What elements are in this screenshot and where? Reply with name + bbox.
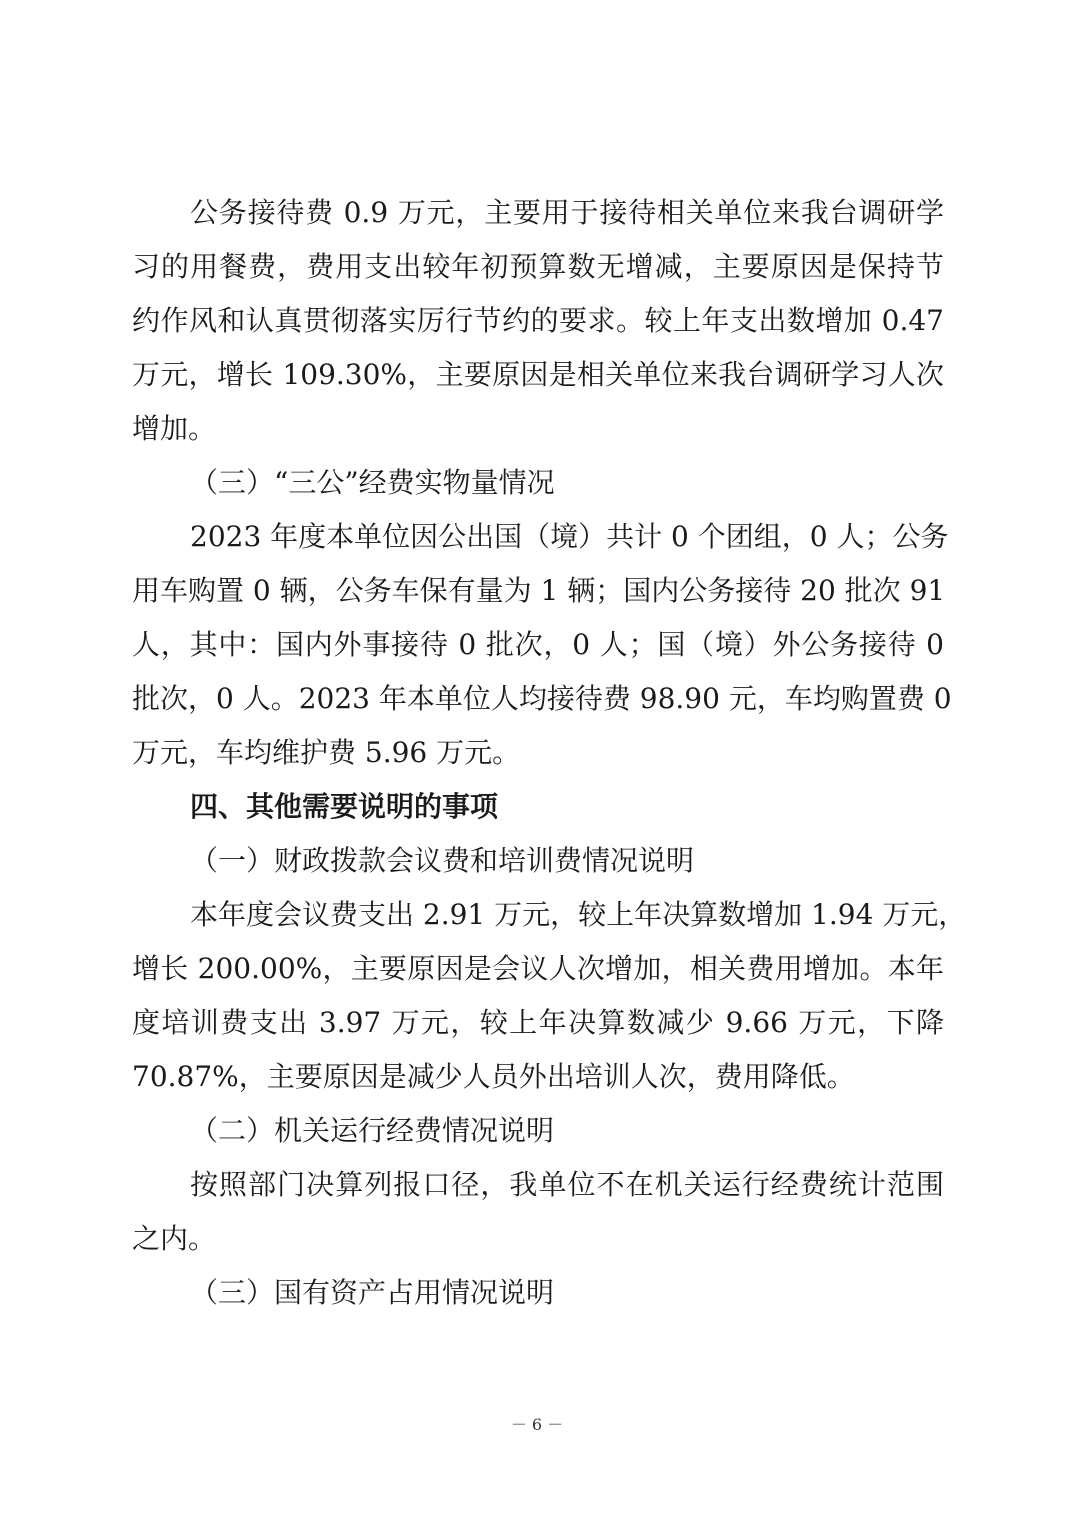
- section-heading: （三）“三公”经费实物量情况: [190, 463, 944, 503]
- body-line: 人，其中：国内外事接待 0 批次，0 人；国（境）外公务接待 0: [132, 625, 944, 665]
- body-line: 增加。: [132, 409, 944, 449]
- body-line: 万元，车均维护费 5.96 万元。: [132, 733, 944, 773]
- body-line: 度培训费支出 3.97 万元，较上年决算数减少 9.66 万元，下降: [132, 1003, 944, 1043]
- part-heading: 四、其他需要说明的事项: [190, 787, 944, 827]
- document-page: 公务接待费 0.9 万元，主要用于接待相关单位来我台调研学 习的用餐费，费用支出…: [0, 0, 1074, 1520]
- page-number: － 6 －: [0, 1412, 1074, 1435]
- body-line: 约作风和认真贯彻落实厉行节约的要求。较上年支出数增加 0.47: [132, 301, 944, 341]
- section-heading: （一）财政拨款会议费和培训费情况说明: [190, 841, 944, 881]
- body-line: 习的用餐费，费用支出较年初预算数无增减，主要原因是保持节: [132, 247, 944, 287]
- body-line: 公务接待费 0.9 万元，主要用于接待相关单位来我台调研学: [190, 193, 944, 233]
- body-line: 用车购置 0 辆，公务车保有量为 1 辆；国内公务接待 20 批次 91: [132, 571, 944, 611]
- body-line: 万元，增长 109.30%，主要原因是相关单位来我台调研学习人次: [132, 355, 944, 395]
- body-line: 之内。: [132, 1219, 944, 1259]
- section-heading: （二）机关运行经费情况说明: [190, 1111, 944, 1151]
- body-line: 批次，0 人。2023 年本单位人均接待费 98.90 元，车均购置费 0: [132, 679, 944, 719]
- body-line: 增长 200.00%，主要原因是会议人次增加，相关费用增加。本年: [132, 949, 944, 989]
- body-line: 按照部门决算列报口径，我单位不在机关运行经费统计范围: [190, 1165, 944, 1205]
- body-line: 70.87%，主要原因是减少人员外出培训人次，费用降低。: [132, 1057, 944, 1097]
- body-line: 本年度会议费支出 2.91 万元，较上年决算数增加 1.94 万元，: [190, 895, 944, 935]
- body-line: 2023 年度本单位因公出国（境）共计 0 个团组，0 人；公务: [190, 517, 944, 557]
- section-heading: （三）国有资产占用情况说明: [190, 1273, 944, 1313]
